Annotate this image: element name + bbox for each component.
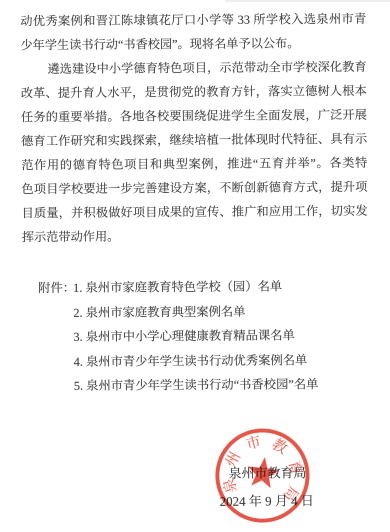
paragraph: 遴选建设中小学德育特色项目，示范带动全市学校深化教育 改革、提升育人水平，是贯彻… [21, 55, 368, 249]
body-line: 少年学生读书行动“书香校园”。现将名单予以公布。 [20, 31, 366, 57]
attachments-label: 附件： [38, 276, 75, 301]
body-line: 德育工作研究和实践探索，继续培植一批体现时代特征、具有示 [21, 127, 367, 153]
signature-agency: 泉州市教育局 [228, 465, 306, 481]
body-line: 动优秀案例和晋江陈埭镇花厅口小学等 33 所学校入选泉州市青 [20, 7, 366, 33]
paragraph: 动优秀案例和晋江陈埭镇花厅口小学等 33 所学校入选泉州市青 少年学生读书行动“… [20, 7, 366, 57]
attachment-item: 4. 泉州市青少年学生读书行动优秀案例名单 [74, 347, 369, 374]
body-line: 目质量，并积极做好项目成果的宣传、推广和应用工作，切实发 [22, 199, 368, 225]
seal-char: 市 [244, 433, 263, 453]
body-line: 色项目学校要进一步完善建设方案，不断创新德育方式，提升项 [21, 175, 367, 201]
attachments-list: 1. 泉州市家庭教育特色学校（园）名单 2. 泉州市家庭教育典型案例名单 3. … [73, 274, 369, 399]
attachment-item: 5. 泉州市青少年学生读书行动“书香校园”名单 [74, 372, 369, 399]
body-line: 改革、提升育人水平，是贯彻党的教育方针，落实立德树人根本 [21, 79, 367, 105]
body-line: 范作用的德育特色项目和典型案例，推进“五育并举”。各类特 [21, 151, 367, 177]
attachment-item: 3. 泉州市中小学心理健康教育精品课名单 [73, 323, 368, 350]
attachment-item: 1. 泉州市家庭教育特色学校（园）名单 [73, 274, 368, 301]
body-line: 遴选建设中小学德育特色项目，示范带动全市学校深化教育 [21, 55, 367, 81]
signature-date: 2024 年 9 月 4 日 [220, 493, 314, 509]
attachments-section: 附件： 1. 泉州市家庭教育特色学校（园）名单 2. 泉州市家庭教育典型案例名单… [38, 274, 369, 399]
body-line: 挥示范带动作用。 [22, 223, 368, 249]
scanned-document-page: 动优秀案例和晋江陈埭镇花厅口小学等 33 所学校入选泉州市青 少年学生读书行动“… [0, 0, 390, 532]
document-body: 动优秀案例和晋江陈埭镇花厅口小学等 33 所学校入选泉州市青 少年学生读书行动“… [20, 7, 368, 249]
body-line: 任务的重要举措。各地各校要围绕促进学生全面发展，广泛开展 [21, 103, 367, 129]
attachment-item: 2. 泉州市家庭教育典型案例名单 [73, 298, 368, 325]
seal-char: 教 [269, 436, 291, 458]
document-content: 动优秀案例和晋江陈埭镇花厅口小学等 33 所学校入选泉州市青 少年学生读书行动“… [0, 0, 390, 532]
